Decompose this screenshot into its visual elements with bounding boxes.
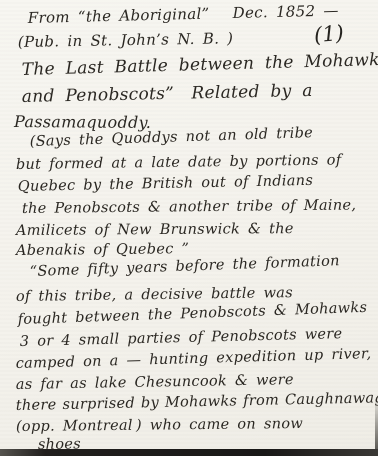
manuscript-line: but formed at a late date by portions of — [16, 152, 342, 173]
page-number: (1) — [313, 21, 345, 48]
manuscript-line-publication: (Pub. in St. John’s N. B. ) — [18, 29, 234, 51]
manuscript-line-title-2: and Penobscots” Related by a — [22, 81, 313, 107]
manuscript-line: camped on a — hunting expedition up rive… — [16, 346, 372, 372]
manuscript-line: (opp. Montreal ) who came on snow — [16, 416, 303, 435]
manuscript-line: 3 or 4 small parties of Penobscots were — [20, 326, 343, 350]
manuscript-line-title-3: Passamaquoddy. — [14, 112, 151, 132]
manuscript-line-source-date: From “the Aboriginal” Dec. 1852 — — [28, 1, 339, 27]
manuscript-line: as far as lake Chesuncook & were — [16, 372, 294, 393]
manuscript-line: there surprised by Mohawks from Caughnaw… — [16, 390, 378, 414]
manuscript-line: Quebec by the British out of Indians — [18, 173, 314, 195]
manuscript-line: Amilicets of New Brunswick & the — [16, 221, 294, 239]
manuscript-line: the Penobscots & another tribe of Maine, — [22, 198, 356, 217]
manuscript-page: From “the Aboriginal” Dec. 1852 — (Pub. … — [0, 0, 378, 456]
photo-edge-bottom — [0, 449, 378, 456]
manuscript-line-title-1: The Last Battle between the Mohawks — [21, 50, 378, 80]
manuscript-line: of this tribe, a decisive battle was — [16, 285, 293, 305]
manuscript-line: Abenakis of Quebec ” — [16, 241, 189, 259]
